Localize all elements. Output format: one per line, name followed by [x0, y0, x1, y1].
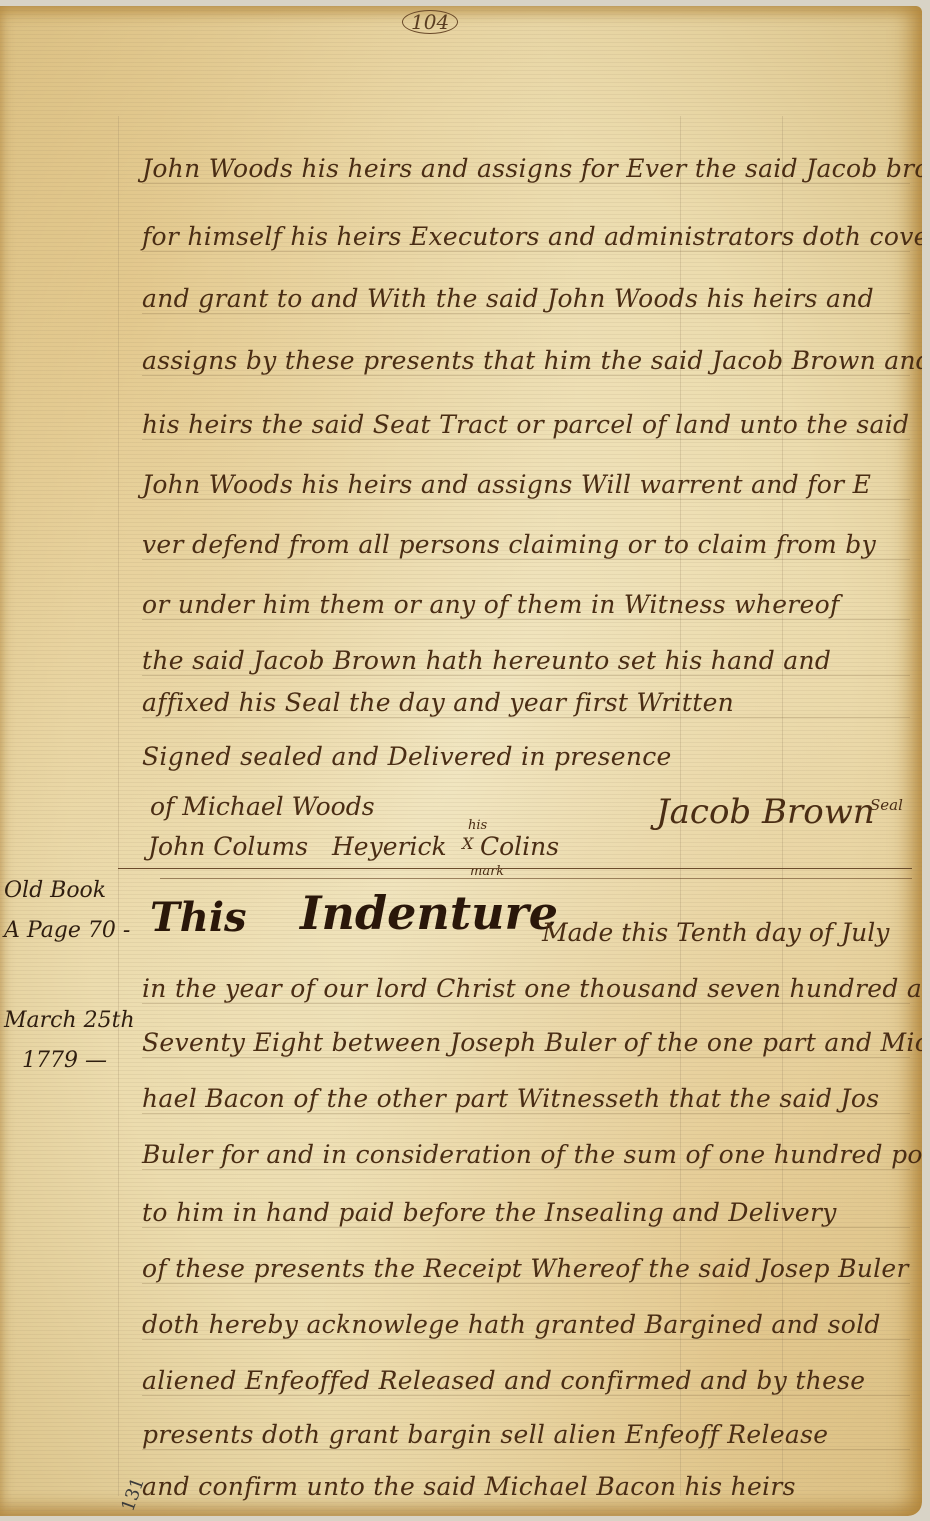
deed-line: aliened Enfeoffed Released and confirmed… — [142, 1366, 910, 1396]
deed-line: assigns by these presents that him the s… — [142, 346, 910, 376]
mark-label-mark: mark — [470, 864, 504, 879]
signature-jacob-brown: Jacob Brown — [656, 792, 875, 832]
margin-note-date: March 25th — [4, 1008, 135, 1033]
margin-rule — [118, 116, 119, 1496]
page-number: 104 — [402, 10, 458, 34]
deed-line: doth hereby acknowlege hath granted Barg… — [142, 1310, 910, 1340]
deed-line: and confirm unto the said Michael Bacon … — [142, 1472, 910, 1501]
margin-note-page-ref: A Page 70 - — [4, 918, 130, 943]
witness-name: John Colums — [148, 832, 308, 861]
deed-line: hael Bacon of the other part Witnesseth … — [142, 1084, 910, 1114]
margin-note-old-book: Old Book — [4, 878, 106, 903]
deed-line: Signed sealed and Delivered in presence — [142, 742, 910, 771]
deed-line: in the year of our lord Christ one thous… — [142, 974, 910, 1004]
deed-line: presents doth grant bargin sell alien En… — [142, 1420, 910, 1450]
deed-line: ver defend from all persons claiming or … — [142, 530, 910, 560]
ledger-page: 104 John Woods his heirs and assigns for… — [0, 6, 922, 1516]
heading-rest: Made this Tenth day of July — [542, 918, 889, 947]
deed-line: the said Jacob Brown hath hereunto set h… — [142, 646, 910, 676]
deed-line: his heirs the said Seat Tract or parcel … — [142, 410, 910, 440]
heading-this: This — [150, 894, 247, 941]
mark-label-his: his — [468, 818, 487, 833]
deed-line: and grant to and With the said John Wood… — [142, 284, 910, 314]
deed-line: John Woods his heirs and assigns for Eve… — [142, 154, 910, 184]
witness-surname: Colins — [480, 832, 559, 861]
deed-line: Seventy Eight between Joseph Buler of th… — [142, 1028, 910, 1058]
margin-note-year: 1779 — — [22, 1048, 107, 1073]
section-divider — [118, 868, 912, 869]
section-divider — [160, 878, 912, 879]
deed-line: of these presents the Receipt Whereof th… — [142, 1254, 910, 1284]
witness-mark-name: Heyerick — [332, 832, 447, 861]
deed-line: Buler for and in consideration of the su… — [142, 1140, 910, 1170]
heading-indenture: Indenture — [300, 886, 558, 940]
seal-label: Seal — [870, 796, 903, 814]
witness-line: of Michael Woods — [150, 792, 375, 821]
mark-symbol: X — [462, 834, 473, 853]
deed-line: for himself his heirs Executors and admi… — [142, 222, 910, 252]
deed-line: John Woods his heirs and assigns Will wa… — [142, 470, 910, 500]
deed-line: affixed his Seal the day and year first … — [142, 688, 910, 718]
deed-line: to him in hand paid before the Insealing… — [142, 1198, 910, 1228]
deed-line: or under him them or any of them in Witn… — [142, 590, 910, 620]
